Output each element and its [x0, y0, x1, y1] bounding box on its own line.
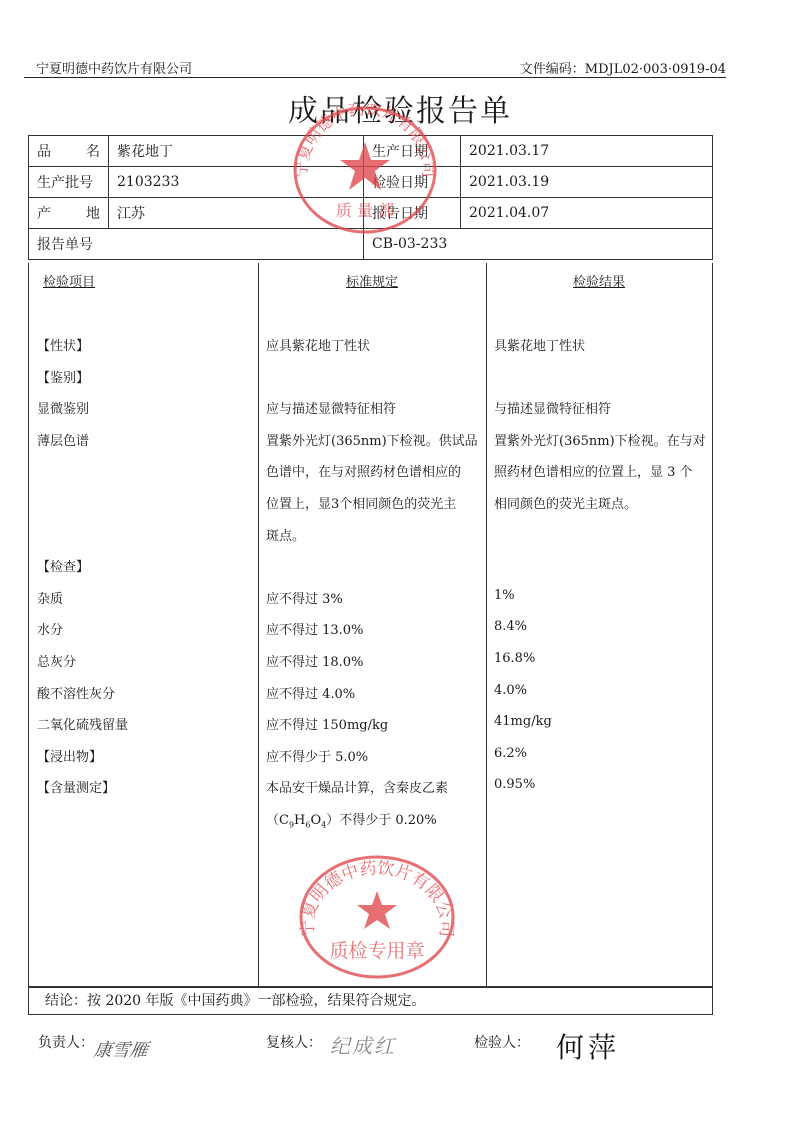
item-line: 【鉴别】: [37, 367, 254, 386]
standard-line: 应不得过 4.0%: [266, 683, 482, 702]
report-no-value: CB-03-233: [364, 229, 713, 260]
page-title: 成品检验报告单: [0, 86, 800, 130]
report-no-label: 报告单号: [29, 229, 364, 260]
batch-value: 2103233: [109, 167, 364, 198]
product-name-value: 紫花地丁: [109, 136, 364, 167]
standard-line: 位置上，显3个相同颜色的荧光主: [266, 493, 482, 512]
standard-line: 应不得过 18.0%: [266, 651, 482, 670]
item-line: 【浸出物】: [37, 746, 254, 765]
item-column-header: 检验项目: [43, 271, 95, 290]
result-line: 8.4%: [494, 619, 708, 634]
product-name-label: 品名: [29, 136, 109, 167]
item-line: 【含量测定】: [37, 777, 254, 796]
prod-date-label: 生产日期: [364, 136, 461, 167]
info-row: 品名 紫花地丁 生产日期 2021.03.17: [29, 136, 713, 167]
reviewer-signature: 纪成红: [330, 1030, 396, 1059]
responsible-signature: 康雪雁: [92, 1036, 150, 1062]
standard-line: 应不得过 13.0%: [266, 619, 482, 638]
item-line: 薄层色谱: [37, 430, 254, 449]
company-name: 宁夏明德中药饮片有限公司: [36, 58, 192, 77]
result-line: 16.8%: [494, 651, 708, 666]
inspection-table: 检验项目 【性状】【鉴别】显微鉴别薄层色谱【检查】杂质水分总灰分酸不溶性灰分二氧…: [28, 263, 713, 987]
result-line: 6.2%: [494, 746, 708, 761]
header-rule: [24, 77, 726, 78]
result-line: 相同颜色的荧光主斑点。: [494, 493, 708, 512]
standard-line: 应不得过 3%: [266, 588, 482, 607]
standard-line: 置紫外光灯(365nm)下检视。供试品: [266, 430, 482, 449]
standard-line: 应不得少于 5.0%: [266, 746, 482, 765]
info-row: 报告单号 CB-03-233: [29, 229, 713, 260]
test-date-label: 检验日期: [364, 167, 461, 198]
result-line: 置紫外光灯(365nm)下检视。在与对: [494, 430, 708, 449]
report-date-label: 报告日期: [364, 198, 461, 229]
standard-line: 色谱中，在与对照药材色谱相应的: [266, 461, 482, 480]
item-line: 杂质: [37, 588, 254, 607]
origin-value: 江苏: [109, 198, 364, 229]
info-row: 生产批号 2103233 检验日期 2021.03.19: [29, 167, 713, 198]
reviewer-label: 复核人：: [266, 1032, 322, 1052]
item-line: 水分: [37, 619, 254, 638]
standard-column-header: 标准规定: [258, 271, 486, 290]
result-line: 0.95%: [494, 777, 708, 792]
item-line: 总灰分: [37, 651, 254, 670]
item-line: 二氧化硫残留量: [37, 714, 254, 733]
product-info-table: 品名 紫花地丁 生产日期 2021.03.17 生产批号 2103233 检验日…: [28, 135, 713, 260]
result-line: 具紫花地丁性状: [494, 335, 708, 354]
standard-column: 标准规定 应具紫花地丁性状应与描述显微特征相符置紫外光灯(365nm)下检视。供…: [258, 263, 487, 986]
test-date-value: 2021.03.19: [461, 167, 713, 198]
origin-label: 产地: [29, 198, 109, 229]
standard-line: 应不得过 150mg/kg: [266, 714, 482, 733]
result-line: 照药材色谱相应的位置上，显 3 个: [494, 461, 708, 480]
inspector-label: 检验人：: [474, 1032, 530, 1052]
item-line: 【性状】: [37, 335, 254, 354]
responsible-label: 负责人：: [38, 1032, 94, 1052]
prod-date-value: 2021.03.17: [461, 136, 713, 167]
result-column-header: 检验结果: [486, 271, 712, 290]
conclusion: 结论：按 2020 年版《中国药典》一部检验，结果符合规定。: [28, 987, 713, 1015]
info-row: 产地 江苏 报告日期 2021.04.07: [29, 198, 713, 229]
standard-line: 应与描述显微特征相符: [266, 398, 482, 417]
result-line: 1%: [494, 588, 708, 603]
inspector-signature: 何萍: [556, 1026, 620, 1066]
item-line: 酸不溶性灰分: [37, 683, 254, 702]
item-line: 显微鉴别: [37, 398, 254, 417]
standard-line: 斑点。: [266, 525, 482, 544]
report-date-value: 2021.04.07: [461, 198, 713, 229]
document-code: 文件编码：MDJL02·003·0919-04: [520, 58, 726, 77]
standard-line: 本品安干燥品计算，含秦皮乙素: [266, 777, 482, 796]
result-line: 与描述显微特征相符: [494, 398, 708, 417]
batch-label: 生产批号: [29, 167, 109, 198]
result-line: 41mg/kg: [494, 714, 708, 729]
result-column: 检验结果 具紫花地丁性状与描述显微特征相符置紫外光灯(365nm)下检视。在与对…: [486, 263, 712, 986]
item-line: 【检查】: [37, 556, 254, 575]
standard-line: 应具紫花地丁性状: [266, 335, 482, 354]
item-column: 检验项目 【性状】【鉴别】显微鉴别薄层色谱【检查】杂质水分总灰分酸不溶性灰分二氧…: [29, 263, 259, 986]
result-line: 4.0%: [494, 683, 708, 698]
formula-line: （C9H6O4）不得少于 0.20%: [266, 809, 482, 830]
